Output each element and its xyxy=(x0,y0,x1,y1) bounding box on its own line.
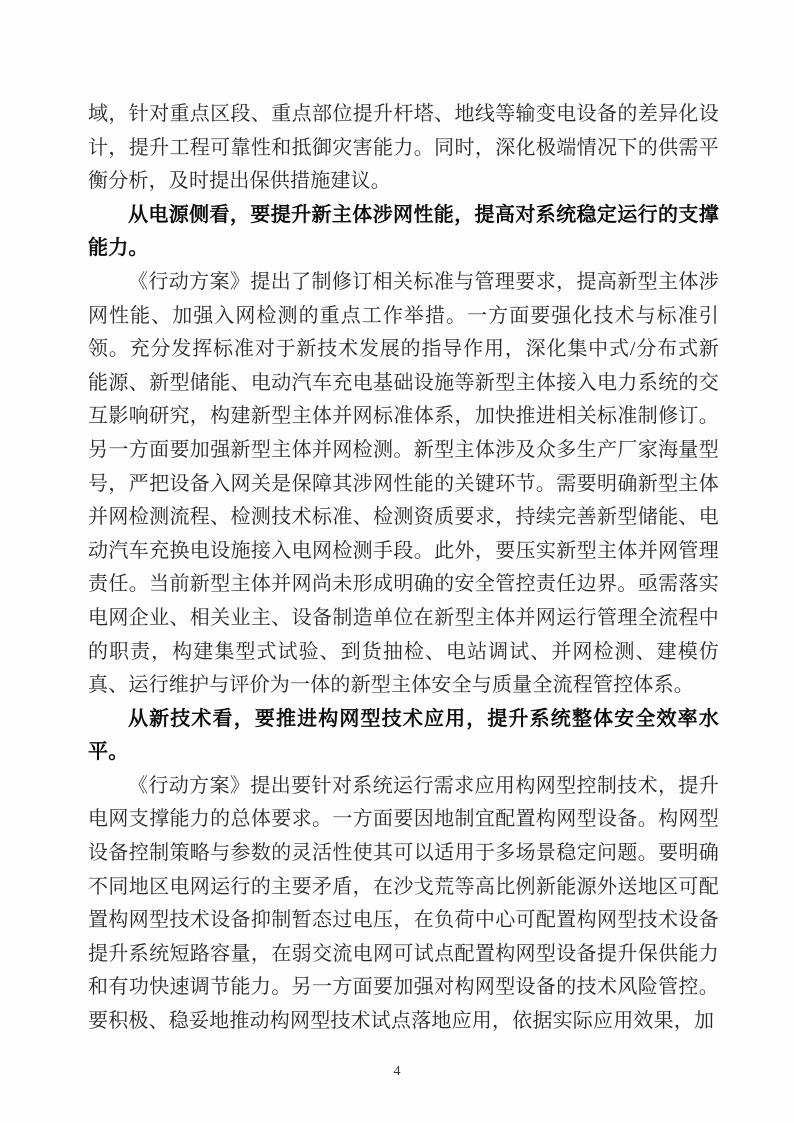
body-paragraph-power-side: 《行动方案》提出了制修订相关标准与管理要求，提高新型主体涉网性能、加强入网检测的… xyxy=(88,266,719,703)
body-paragraph-new-technology: 《行动方案》提出要针对系统运行需求应用构网型控制技术，提升电网支撑能力的总体要求… xyxy=(88,770,719,1039)
page-number: 4 xyxy=(394,1064,401,1079)
section-heading-power-side: 从电源侧看，要提升新主体涉网性能，提高对系统稳定运行的支撑能力。 xyxy=(88,199,719,266)
page-body-text: 域，针对重点区段、重点部位提升杆塔、地线等输变电设备的差异化设计，提升工程可靠性… xyxy=(88,98,719,1039)
section-heading-new-technology: 从新技术看，要推进构网型技术应用，提升系统整体安全效率水平。 xyxy=(88,703,719,770)
page-footer: 4 xyxy=(0,1062,794,1080)
body-paragraph-continuation: 域，针对重点区段、重点部位提升杆塔、地线等输变电设备的差异化设计，提升工程可靠性… xyxy=(88,98,719,199)
document-page: 域，针对重点区段、重点部位提升杆塔、地线等输变电设备的差异化设计，提升工程可靠性… xyxy=(0,0,794,1123)
